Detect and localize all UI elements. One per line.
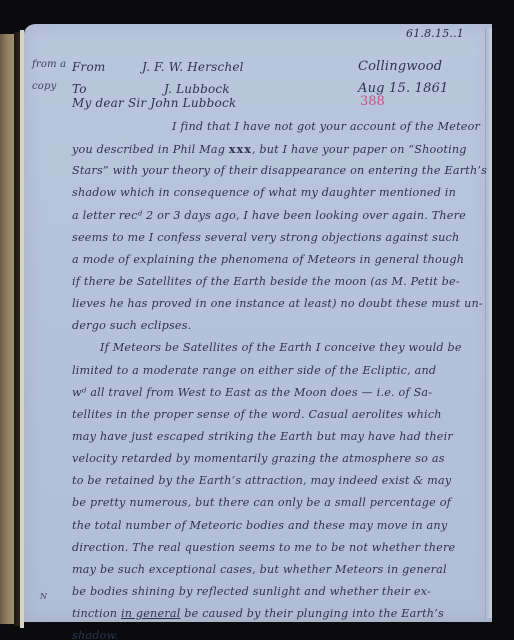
folio-number: 388 — [360, 94, 385, 109]
letter-body: I find that I have not got your account … — [72, 116, 482, 640]
body-text-fragment: be caused by their plunging into the Ear… — [184, 607, 444, 620]
body-line: you described in Phil Mag xxx, but I hav… — [72, 138, 482, 160]
manuscript-scan: 61.8.15..1 from a copy From J. F. W. Her… — [0, 0, 514, 640]
body-line: a letter recᵈ 2 or 3 days ago, I have be… — [72, 205, 482, 227]
body-line: direction. The real question seems to me… — [72, 537, 482, 559]
letter-page: 61.8.15..1 from a copy From J. F. W. Her… — [24, 24, 492, 622]
illegible-mark: xxx — [229, 142, 252, 156]
archive-reference-number: 61.8.15..1 — [406, 27, 464, 40]
body-line: shadow. — [72, 625, 482, 640]
body-line: I find that I have not got your account … — [72, 116, 482, 138]
place: Collingwood — [358, 56, 442, 78]
body-text-fragment: you described in Phil Mag — [72, 143, 225, 156]
sender-name: J. F. W. Herschel — [142, 56, 244, 78]
body-text-fragment: , but I have your paper on “Shooting — [252, 143, 467, 156]
from-label: From — [72, 56, 105, 78]
margin-note: from a copy — [32, 54, 68, 98]
body-line: tellites in the proper sense of the word… — [72, 404, 482, 426]
margin-mark: N — [40, 592, 47, 601]
body-line: velocity retarded by momentarily grazing… — [72, 448, 482, 470]
body-line: wᵈ all travel from West to East as the M… — [72, 382, 482, 404]
letter-header: From J. F. W. Herschel Collingwood To J.… — [72, 56, 472, 100]
body-line: tinction in general be caused by their p… — [72, 603, 482, 625]
body-line: dergo such eclipses. — [72, 315, 482, 337]
body-line: to be retained by the Earth’s attraction… — [72, 470, 482, 492]
body-line: may be such exceptional cases, but wheth… — [72, 559, 482, 581]
margin-note-line-2: copy — [32, 76, 68, 98]
salutation: My dear Sir John Lubbock — [72, 96, 236, 110]
body-line: may have just escaped striking the Earth… — [72, 426, 482, 448]
body-line: a mode of explaining the phenomena of Me… — [72, 249, 482, 271]
body-line: shadow which in consequence of what my d… — [72, 182, 482, 204]
body-line: if there be Satellites of the Earth besi… — [72, 271, 482, 293]
underlined-phrase: in general — [121, 607, 181, 620]
body-line: seems to me I confess several very stron… — [72, 227, 482, 249]
body-line: Stars” with your theory of their disappe… — [72, 160, 482, 182]
margin-note-line-1: from a — [32, 54, 68, 76]
page-right-edge — [485, 28, 492, 618]
body-line: If Meteors be Satellites of the Earth I … — [72, 337, 482, 359]
body-line: limited to a moderate range on either si… — [72, 360, 482, 382]
body-text-fragment: tinction — [72, 607, 117, 620]
book-binding — [0, 34, 14, 624]
body-line: the total number of Meteoric bodies and … — [72, 515, 482, 537]
body-line: be bodies shining by reflected sunlight … — [72, 581, 482, 603]
from-row: From J. F. W. Herschel Collingwood — [72, 56, 472, 78]
body-line: lieves he has proved in one instance at … — [72, 293, 482, 315]
body-line: be pretty numerous, but there can only b… — [72, 492, 482, 514]
